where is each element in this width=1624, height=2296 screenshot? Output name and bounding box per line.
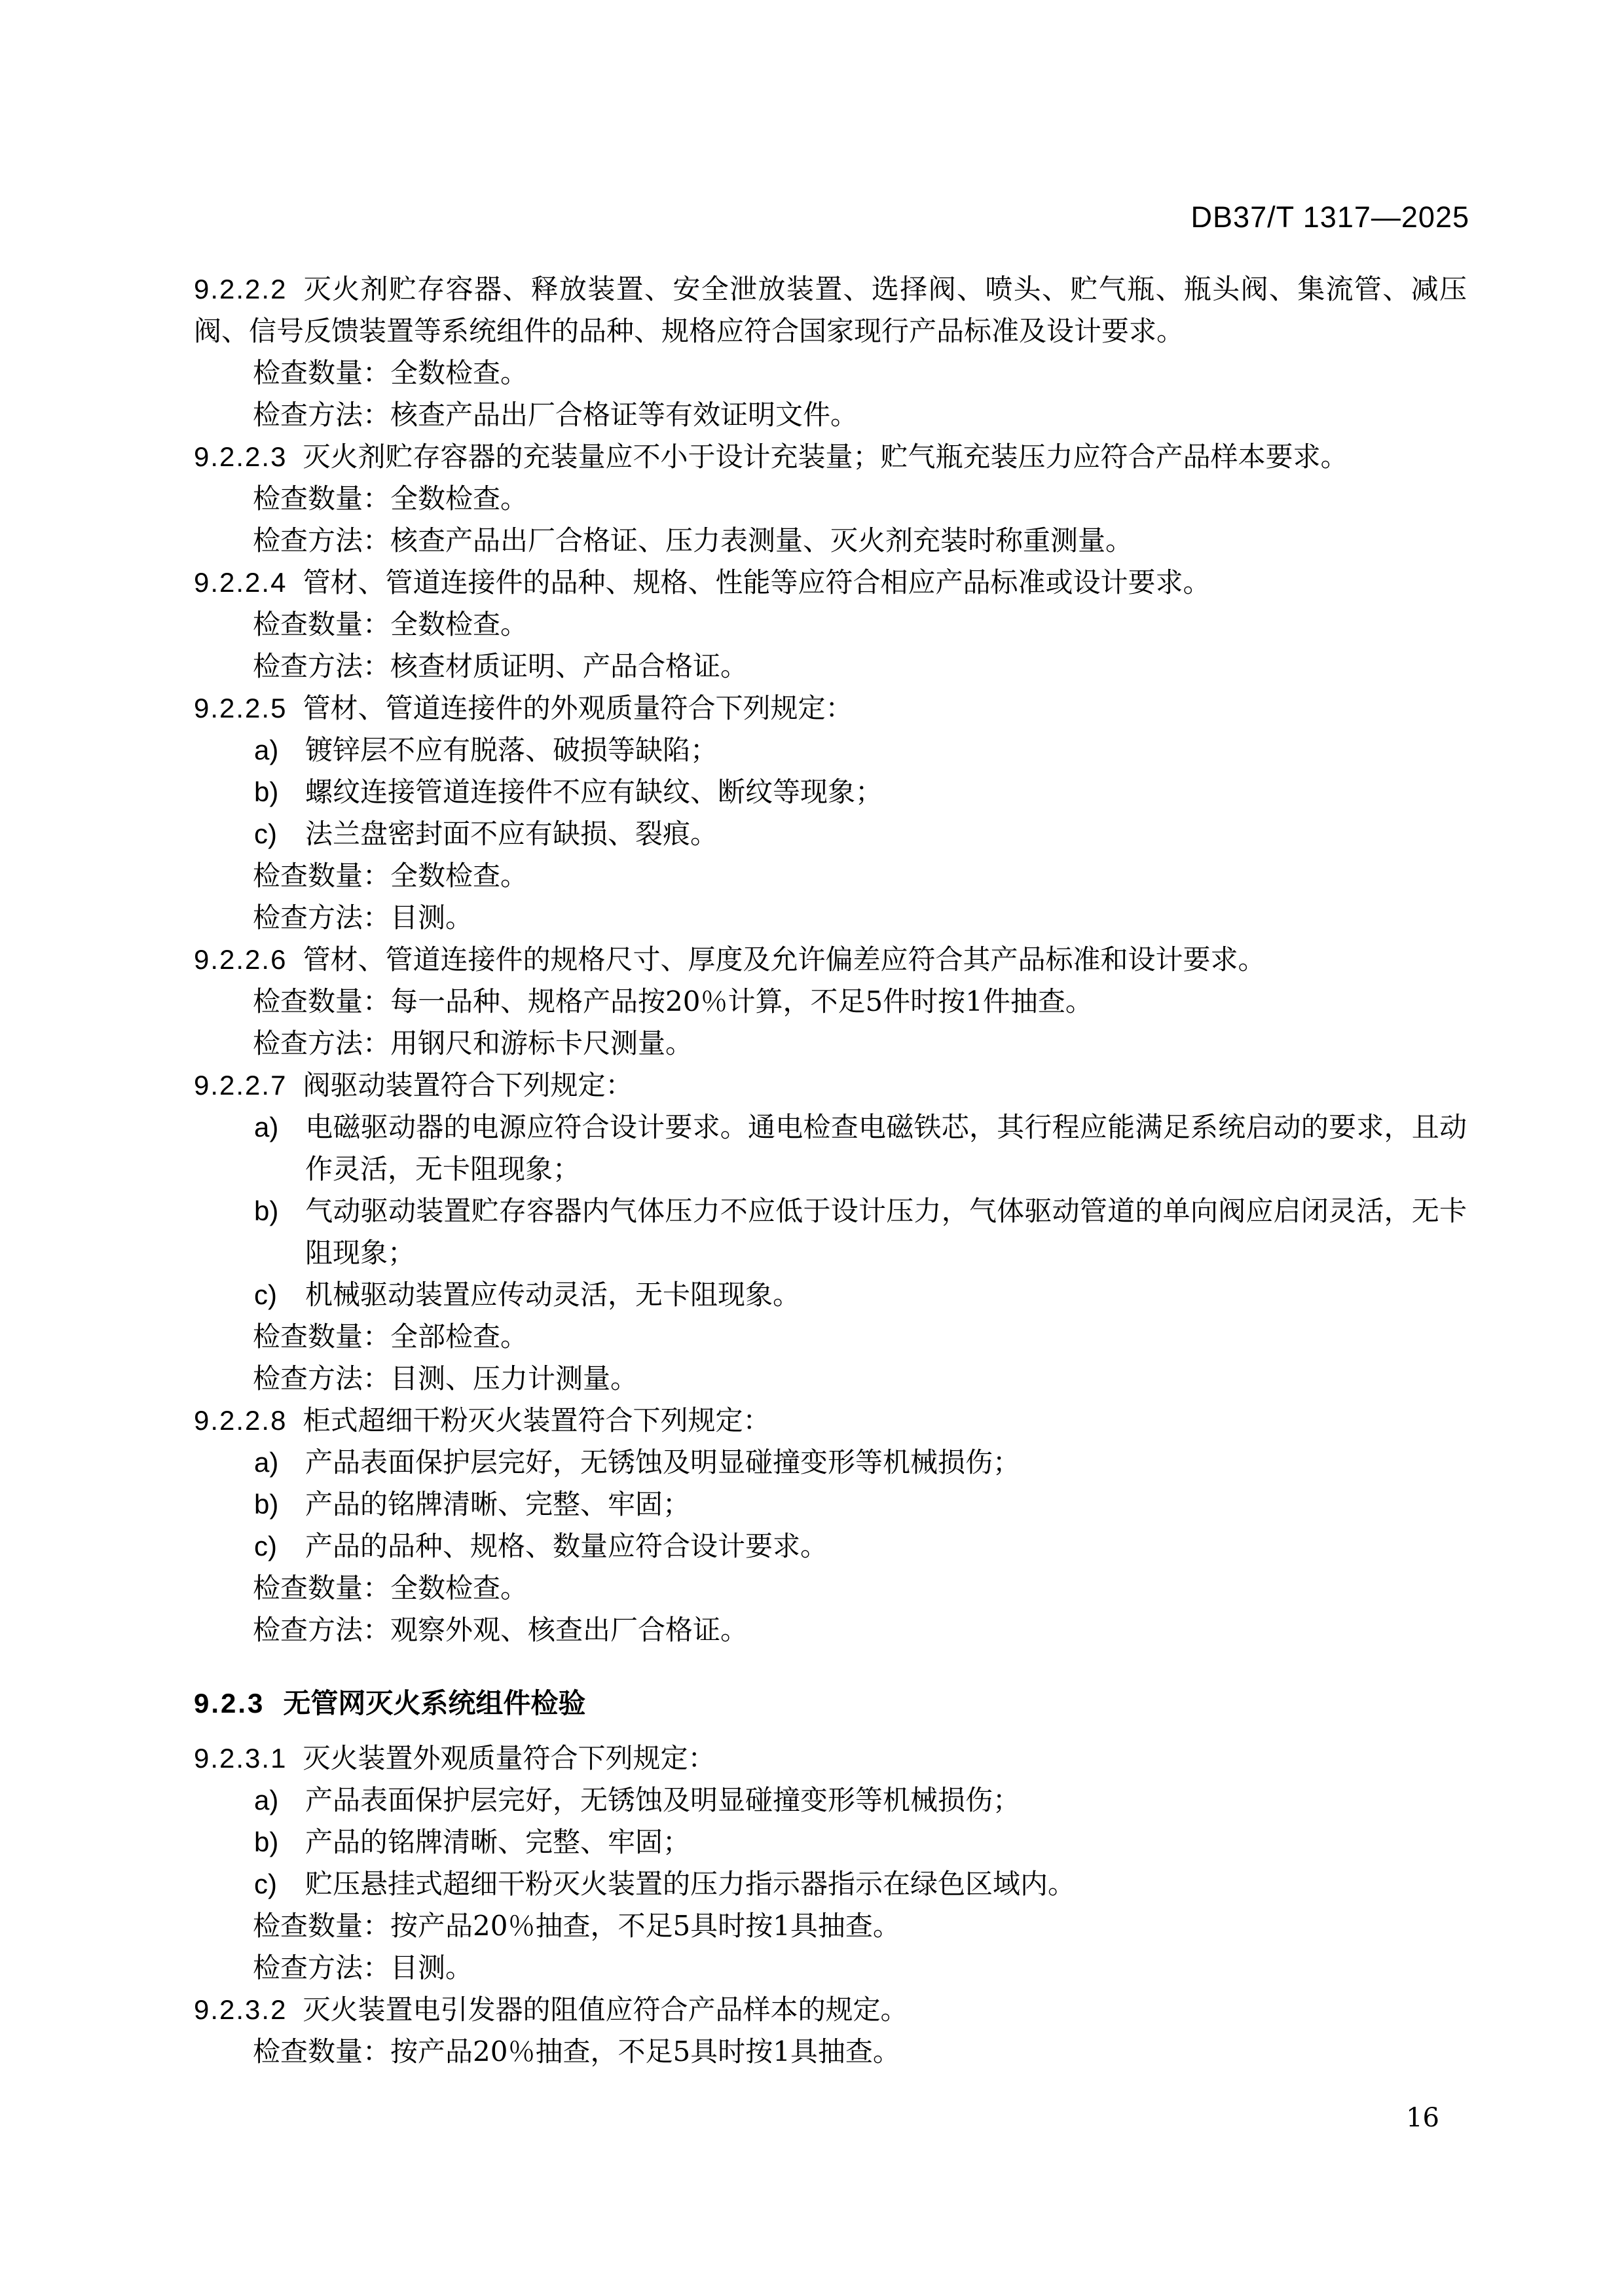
page-number: 16 — [1406, 2103, 1439, 2133]
clause-paragraph: 9.2.2.5管材、管道连接件的外观质量符合下列规定： — [194, 687, 1467, 729]
inspection-note-text: 检查数量：全数检查。 — [253, 1572, 528, 1604]
inspection-note-text: 检查方法：用钢尺和游标卡尺测量。 — [253, 1027, 693, 1059]
list-item-text: 镀锌层不应有脱落、破损等缺陷； — [305, 734, 718, 766]
inspection-note-text: 检查方法：核查产品出厂合格证等有效证明文件。 — [253, 399, 858, 431]
clause-number: 9.2.2.7 — [194, 1070, 287, 1101]
clause-text: 柜式超细干粉灭火装置符合下列规定： — [303, 1404, 770, 1436]
clause-paragraph: 9.2.3.2灭火装置电引发器的阻值应符合产品样本的规定。 — [194, 1989, 1467, 2031]
clause-text: 灭火剂贮存容器、释放装置、安全泄放装置、选择阀、喷头、贮气瓶、瓶头阀、集流管、减… — [194, 273, 1467, 347]
inspection-note-text: 检查数量：全部检查。 — [253, 1321, 528, 1353]
list-item: c)法兰盘密封面不应有缺损、裂痕。 — [194, 813, 1467, 855]
list-item-text: 机械驱动装置应传动灵活，无卡阻现象。 — [305, 1279, 800, 1311]
section-heading: 9.2.3无管网灭火系统组件检验 — [194, 1683, 1467, 1724]
inspection-note: 检查方法：核查产品出厂合格证、压力表测量、灭火剂充装时称重测量。 — [194, 520, 1467, 562]
clause-paragraph: 9.2.2.2灭火剂贮存容器、释放装置、安全泄放装置、选择阀、喷头、贮气瓶、瓶头… — [194, 268, 1467, 352]
inspection-note-text: 检查数量：全数检查。 — [253, 608, 528, 640]
inspection-note-text: 检查方法：目测。 — [253, 902, 473, 934]
clause-paragraph: 9.2.2.3灭火剂贮存容器的充装量应不小于设计充装量；贮气瓶充装压力应符合产品… — [194, 436, 1467, 478]
inspection-note: 检查数量：按产品20％抽查，不足5具时按1具抽查。 — [194, 2031, 1467, 2073]
standard-number-header: DB37/T 1317—2025 — [194, 200, 1469, 234]
clause-paragraph: 9.2.2.6管材、管道连接件的规格尺寸、厚度及允许偏差应符合其产品标准和设计要… — [194, 939, 1467, 981]
clause-text: 管材、管道连接件的品种、规格、性能等应符合相应产品标准或设计要求。 — [303, 566, 1210, 598]
inspection-note: 检查方法：目测。 — [194, 1947, 1467, 1989]
inspection-note: 检查方法：用钢尺和游标卡尺测量。 — [194, 1023, 1467, 1065]
inspection-note: 检查数量：全数检查。 — [194, 604, 1467, 646]
list-item: c)产品的品种、规格、数量应符合设计要求。 — [194, 1525, 1467, 1567]
inspection-note-text: 检查数量：全数检查。 — [253, 483, 528, 515]
clause-paragraph: 9.2.2.7阀驱动装置符合下列规定： — [194, 1065, 1467, 1106]
list-item-label: c) — [254, 1525, 305, 1567]
inspection-note-text: 检查方法：目测、压力计测量。 — [253, 1362, 638, 1394]
inspection-note-text: 检查数量：全数检查。 — [253, 860, 528, 892]
inspection-note-text: 检查数量：全数检查。 — [253, 357, 528, 389]
list-item-text: 产品的铭牌清晰、完整、牢固； — [305, 1826, 690, 1858]
inspection-note: 检查方法：核查材质证明、产品合格证。 — [194, 646, 1467, 687]
document-page: DB37/T 1317—2025 9.2.2.2灭火剂贮存容器、释放装置、安全泄… — [0, 0, 1624, 2296]
list-item-text: 螺纹连接管道连接件不应有缺纹、断纹等现象； — [305, 776, 883, 808]
clause-number: 9.2.2.8 — [194, 1405, 287, 1436]
list-item-label: a) — [254, 1442, 305, 1484]
clause-text: 管材、管道连接件的规格尺寸、厚度及允许偏差应符合其产品标准和设计要求。 — [303, 943, 1265, 975]
inspection-note: 检查方法：目测、压力计测量。 — [194, 1358, 1467, 1400]
list-item-label: b) — [254, 1484, 305, 1525]
clause-number: 9.2.3.2 — [194, 1994, 287, 2025]
list-item-label: a) — [254, 1106, 305, 1148]
list-item: c)贮压悬挂式超细干粉灭火装置的压力指示器指示在绿色区域内。 — [194, 1863, 1467, 1905]
list-item-text: 贮压悬挂式超细干粉灭火装置的压力指示器指示在绿色区域内。 — [305, 1868, 1075, 1900]
clause-text: 灭火装置外观质量符合下列规定： — [303, 1742, 715, 1774]
list-item-text: 气动驱动装置贮存容器内气体压力不应低于设计压力，气体驱动管道的单向阀应启闭灵活，… — [305, 1195, 1467, 1269]
list-item: c)机械驱动装置应传动灵活，无卡阻现象。 — [194, 1274, 1467, 1316]
clause-number: 9.2.2.5 — [194, 693, 287, 723]
list-item-label: a) — [254, 729, 305, 771]
clause-text: 灭火剂贮存容器的充装量应不小于设计充装量；贮气瓶充装压力应符合产品样本要求。 — [303, 441, 1348, 473]
list-item: a)产品表面保护层完好，无锈蚀及明显碰撞变形等机械损伤； — [194, 1442, 1467, 1484]
inspection-note-text: 检查方法：核查产品出厂合格证、压力表测量、灭火剂充装时称重测量。 — [253, 524, 1133, 556]
clause-paragraph: 9.2.2.4管材、管道连接件的品种、规格、性能等应符合相应产品标准或设计要求。 — [194, 562, 1467, 604]
clause-number: 9.2.2.3 — [194, 441, 287, 472]
list-item: a)电磁驱动器的电源应符合设计要求。通电检查电磁铁芯，其行程应能满足系统启动的要… — [194, 1106, 1467, 1190]
clause-number: 9.2.2.4 — [194, 567, 287, 598]
list-item-text: 产品的品种、规格、数量应符合设计要求。 — [305, 1530, 828, 1562]
list-item-label: c) — [254, 1863, 305, 1905]
inspection-note-text: 检查数量：按产品20％抽查，不足5具时按1具抽查。 — [253, 2035, 900, 2068]
inspection-note: 检查数量：每一品种、规格产品按20％计算，不足5件时按1件抽查。 — [194, 981, 1467, 1023]
inspection-note-text: 检查方法：核查材质证明、产品合格证。 — [253, 650, 748, 682]
inspection-note: 检查数量：全数检查。 — [194, 1567, 1467, 1609]
inspection-note: 检查方法：核查产品出厂合格证等有效证明文件。 — [194, 394, 1467, 436]
list-item-text: 法兰盘密封面不应有缺损、裂痕。 — [305, 818, 718, 850]
list-item-label: a) — [254, 1779, 305, 1821]
list-item-label: b) — [254, 771, 305, 813]
list-item: a)产品表面保护层完好，无锈蚀及明显碰撞变形等机械损伤； — [194, 1779, 1467, 1821]
clause-text: 阀驱动装置符合下列规定： — [303, 1069, 633, 1101]
inspection-note: 检查数量：全数检查。 — [194, 352, 1467, 394]
inspection-note-text: 检查方法：观察外观、核查出厂合格证。 — [253, 1614, 748, 1646]
clause-text: 管材、管道连接件的外观质量符合下列规定： — [303, 692, 853, 724]
inspection-note: 检查数量：全数检查。 — [194, 478, 1467, 520]
inspection-note: 检查方法：观察外观、核查出厂合格证。 — [194, 1609, 1467, 1651]
clause-text: 无管网灭火系统组件检验 — [283, 1688, 585, 1719]
document-body: 9.2.2.2灭火剂贮存容器、释放装置、安全泄放装置、选择阀、喷头、贮气瓶、瓶头… — [194, 268, 1467, 2073]
clause-paragraph: 9.2.3.1灭火装置外观质量符合下列规定： — [194, 1738, 1467, 1779]
list-item-label: b) — [254, 1821, 305, 1863]
list-item-text: 产品的铭牌清晰、完整、牢固； — [305, 1488, 690, 1520]
list-item-label: c) — [254, 813, 305, 855]
clause-number: 9.2.2.6 — [194, 944, 287, 975]
inspection-note-text: 检查数量：每一品种、规格产品按20％计算，不足5件时按1件抽查。 — [253, 985, 1093, 1017]
clause-number: 9.2.3 — [194, 1688, 265, 1719]
list-item: b)气动驱动装置贮存容器内气体压力不应低于设计压力，气体驱动管道的单向阀应启闭灵… — [194, 1190, 1467, 1274]
clause-number: 9.2.3.1 — [194, 1743, 287, 1774]
clause-number: 9.2.2.2 — [194, 274, 287, 304]
inspection-note: 检查数量：全部检查。 — [194, 1316, 1467, 1358]
clause-paragraph: 9.2.2.8柜式超细干粉灭火装置符合下列规定： — [194, 1400, 1467, 1442]
list-item: b)螺纹连接管道连接件不应有缺纹、断纹等现象； — [194, 771, 1467, 813]
list-item-text: 产品表面保护层完好，无锈蚀及明显碰撞变形等机械损伤； — [305, 1446, 1020, 1478]
inspection-note-text: 检查方法：目测。 — [253, 1952, 473, 1984]
list-item-text: 电磁驱动器的电源应符合设计要求。通电检查电磁铁芯，其行程应能满足系统启动的要求，… — [305, 1111, 1467, 1185]
inspection-note: 检查数量：全数检查。 — [194, 855, 1467, 897]
list-item-label: b) — [254, 1190, 305, 1232]
inspection-note: 检查数量：按产品20％抽查，不足5具时按1具抽查。 — [194, 1905, 1467, 1947]
list-item-label: c) — [254, 1274, 305, 1316]
list-item-text: 产品表面保护层完好，无锈蚀及明显碰撞变形等机械损伤； — [305, 1784, 1020, 1816]
inspection-note-text: 检查数量：按产品20％抽查，不足5具时按1具抽查。 — [253, 1910, 900, 1942]
clause-text: 灭火装置电引发器的阻值应符合产品样本的规定。 — [303, 1994, 908, 2026]
list-item: a)镀锌层不应有脱落、破损等缺陷； — [194, 729, 1467, 771]
list-item: b)产品的铭牌清晰、完整、牢固； — [194, 1821, 1467, 1863]
list-item: b)产品的铭牌清晰、完整、牢固； — [194, 1484, 1467, 1525]
inspection-note: 检查方法：目测。 — [194, 897, 1467, 939]
